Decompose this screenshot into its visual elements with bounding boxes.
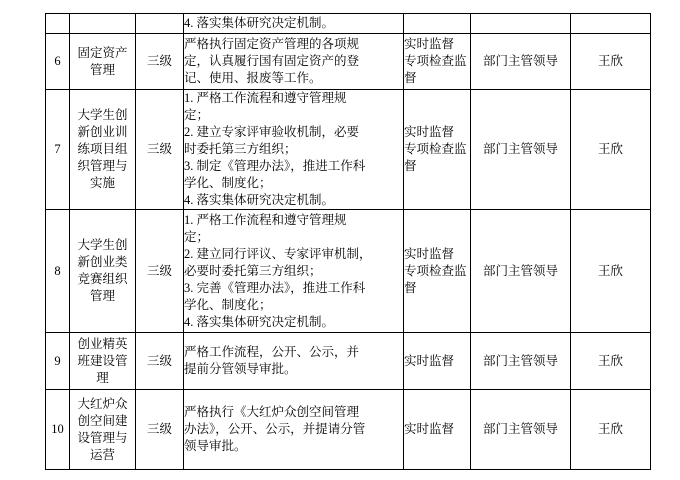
row-number-cell: 8 xyxy=(46,210,70,333)
supervision-cell: 实时监督 xyxy=(404,333,471,390)
leader-cell: 部门主管领导 xyxy=(471,90,571,210)
supervision-cell: 实时监督 专项检查监 督 xyxy=(404,210,471,333)
level-cell: 三级 xyxy=(136,34,184,90)
table-body: 4. 落实集体研究决定机制。 6 固定资产 管理 三级 严格执行固定资产管理的各… xyxy=(46,14,651,470)
table-row: 7 大学生创 新创业训 练项目组 织管理与 实施 三级 1. 严格工作流程和遵守… xyxy=(46,90,651,210)
table-row: 8 大学生创 新创业类 竞赛组织 管理 三级 1. 严格工作流程和遵守管理规 定… xyxy=(46,210,651,333)
level-cell: 三级 xyxy=(136,390,184,470)
item-name-cell: 大学生创 新创业训 练项目组 织管理与 实施 xyxy=(70,90,136,210)
supervision-cell xyxy=(404,14,471,34)
supervision-cell: 实时监督 专项检查监 督 xyxy=(404,90,471,210)
person-cell: 王欣 xyxy=(571,390,651,470)
supervision-cell: 实时监督 专项检查监 督 xyxy=(404,34,471,90)
table-row: 6 固定资产 管理 三级 严格执行固定资产管理的各项规 定，认真履行国有固定资产… xyxy=(46,34,651,90)
row-number-cell xyxy=(46,14,70,34)
row-number-cell: 7 xyxy=(46,90,70,210)
item-name-cell: 大红炉众 创空间建 设管理与 运营 xyxy=(70,390,136,470)
measures-cell: 严格执行《大红炉众创空间管理 办法》，公开、公示，并提请分管 领导审批。 xyxy=(184,390,404,470)
leader-cell: 部门主管领导 xyxy=(471,210,571,333)
leader-cell: 部门主管领导 xyxy=(471,333,571,390)
leader-cell: 部门主管领导 xyxy=(471,34,571,90)
person-cell: 王欣 xyxy=(571,333,651,390)
person-cell: 王欣 xyxy=(571,210,651,333)
leader-cell xyxy=(471,14,571,34)
item-name-cell xyxy=(70,14,136,34)
person-cell xyxy=(571,14,651,34)
item-name-cell: 大学生创 新创业类 竞赛组织 管理 xyxy=(70,210,136,333)
row-number-cell: 10 xyxy=(46,390,70,470)
measures-cell: 1. 严格工作流程和遵守管理规 定； 2. 建立同行评议、专家评审机制， 必要时… xyxy=(184,210,404,333)
responsibility-table: 4. 落实集体研究决定机制。 6 固定资产 管理 三级 严格执行固定资产管理的各… xyxy=(45,13,651,470)
row-number-cell: 6 xyxy=(46,34,70,90)
level-cell: 三级 xyxy=(136,210,184,333)
item-name-cell: 创业精英 班建设管 理 xyxy=(70,333,136,390)
person-cell: 王欣 xyxy=(571,90,651,210)
row-number-cell: 9 xyxy=(46,333,70,390)
person-cell: 王欣 xyxy=(571,34,651,90)
item-name-cell: 固定资产 管理 xyxy=(70,34,136,90)
measures-cell: 4. 落实集体研究决定机制。 xyxy=(184,14,404,34)
measures-cell: 1. 严格工作流程和遵守管理规 定； 2. 建立专家评审验收机制，必要 时委托第… xyxy=(184,90,404,210)
measures-cell: 严格执行固定资产管理的各项规 定，认真履行国有固定资产的登 记、使用、报废等工作… xyxy=(184,34,404,90)
level-cell: 三级 xyxy=(136,333,184,390)
measures-cell: 严格工作流程，公开、公示，并 提前分管领导审批。 xyxy=(184,333,404,390)
level-cell: 三级 xyxy=(136,90,184,210)
supervision-cell: 实时监督 xyxy=(404,390,471,470)
document-page: 4. 落实集体研究决定机制。 6 固定资产 管理 三级 严格执行固定资产管理的各… xyxy=(0,0,680,480)
table-row: 10 大红炉众 创空间建 设管理与 运营 三级 严格执行《大红炉众创空间管理 办… xyxy=(46,390,651,470)
level-cell xyxy=(136,14,184,34)
table-row: 9 创业精英 班建设管 理 三级 严格工作流程，公开、公示，并 提前分管领导审批… xyxy=(46,333,651,390)
leader-cell: 部门主管领导 xyxy=(471,390,571,470)
table-row-continued: 4. 落实集体研究决定机制。 xyxy=(46,14,651,34)
